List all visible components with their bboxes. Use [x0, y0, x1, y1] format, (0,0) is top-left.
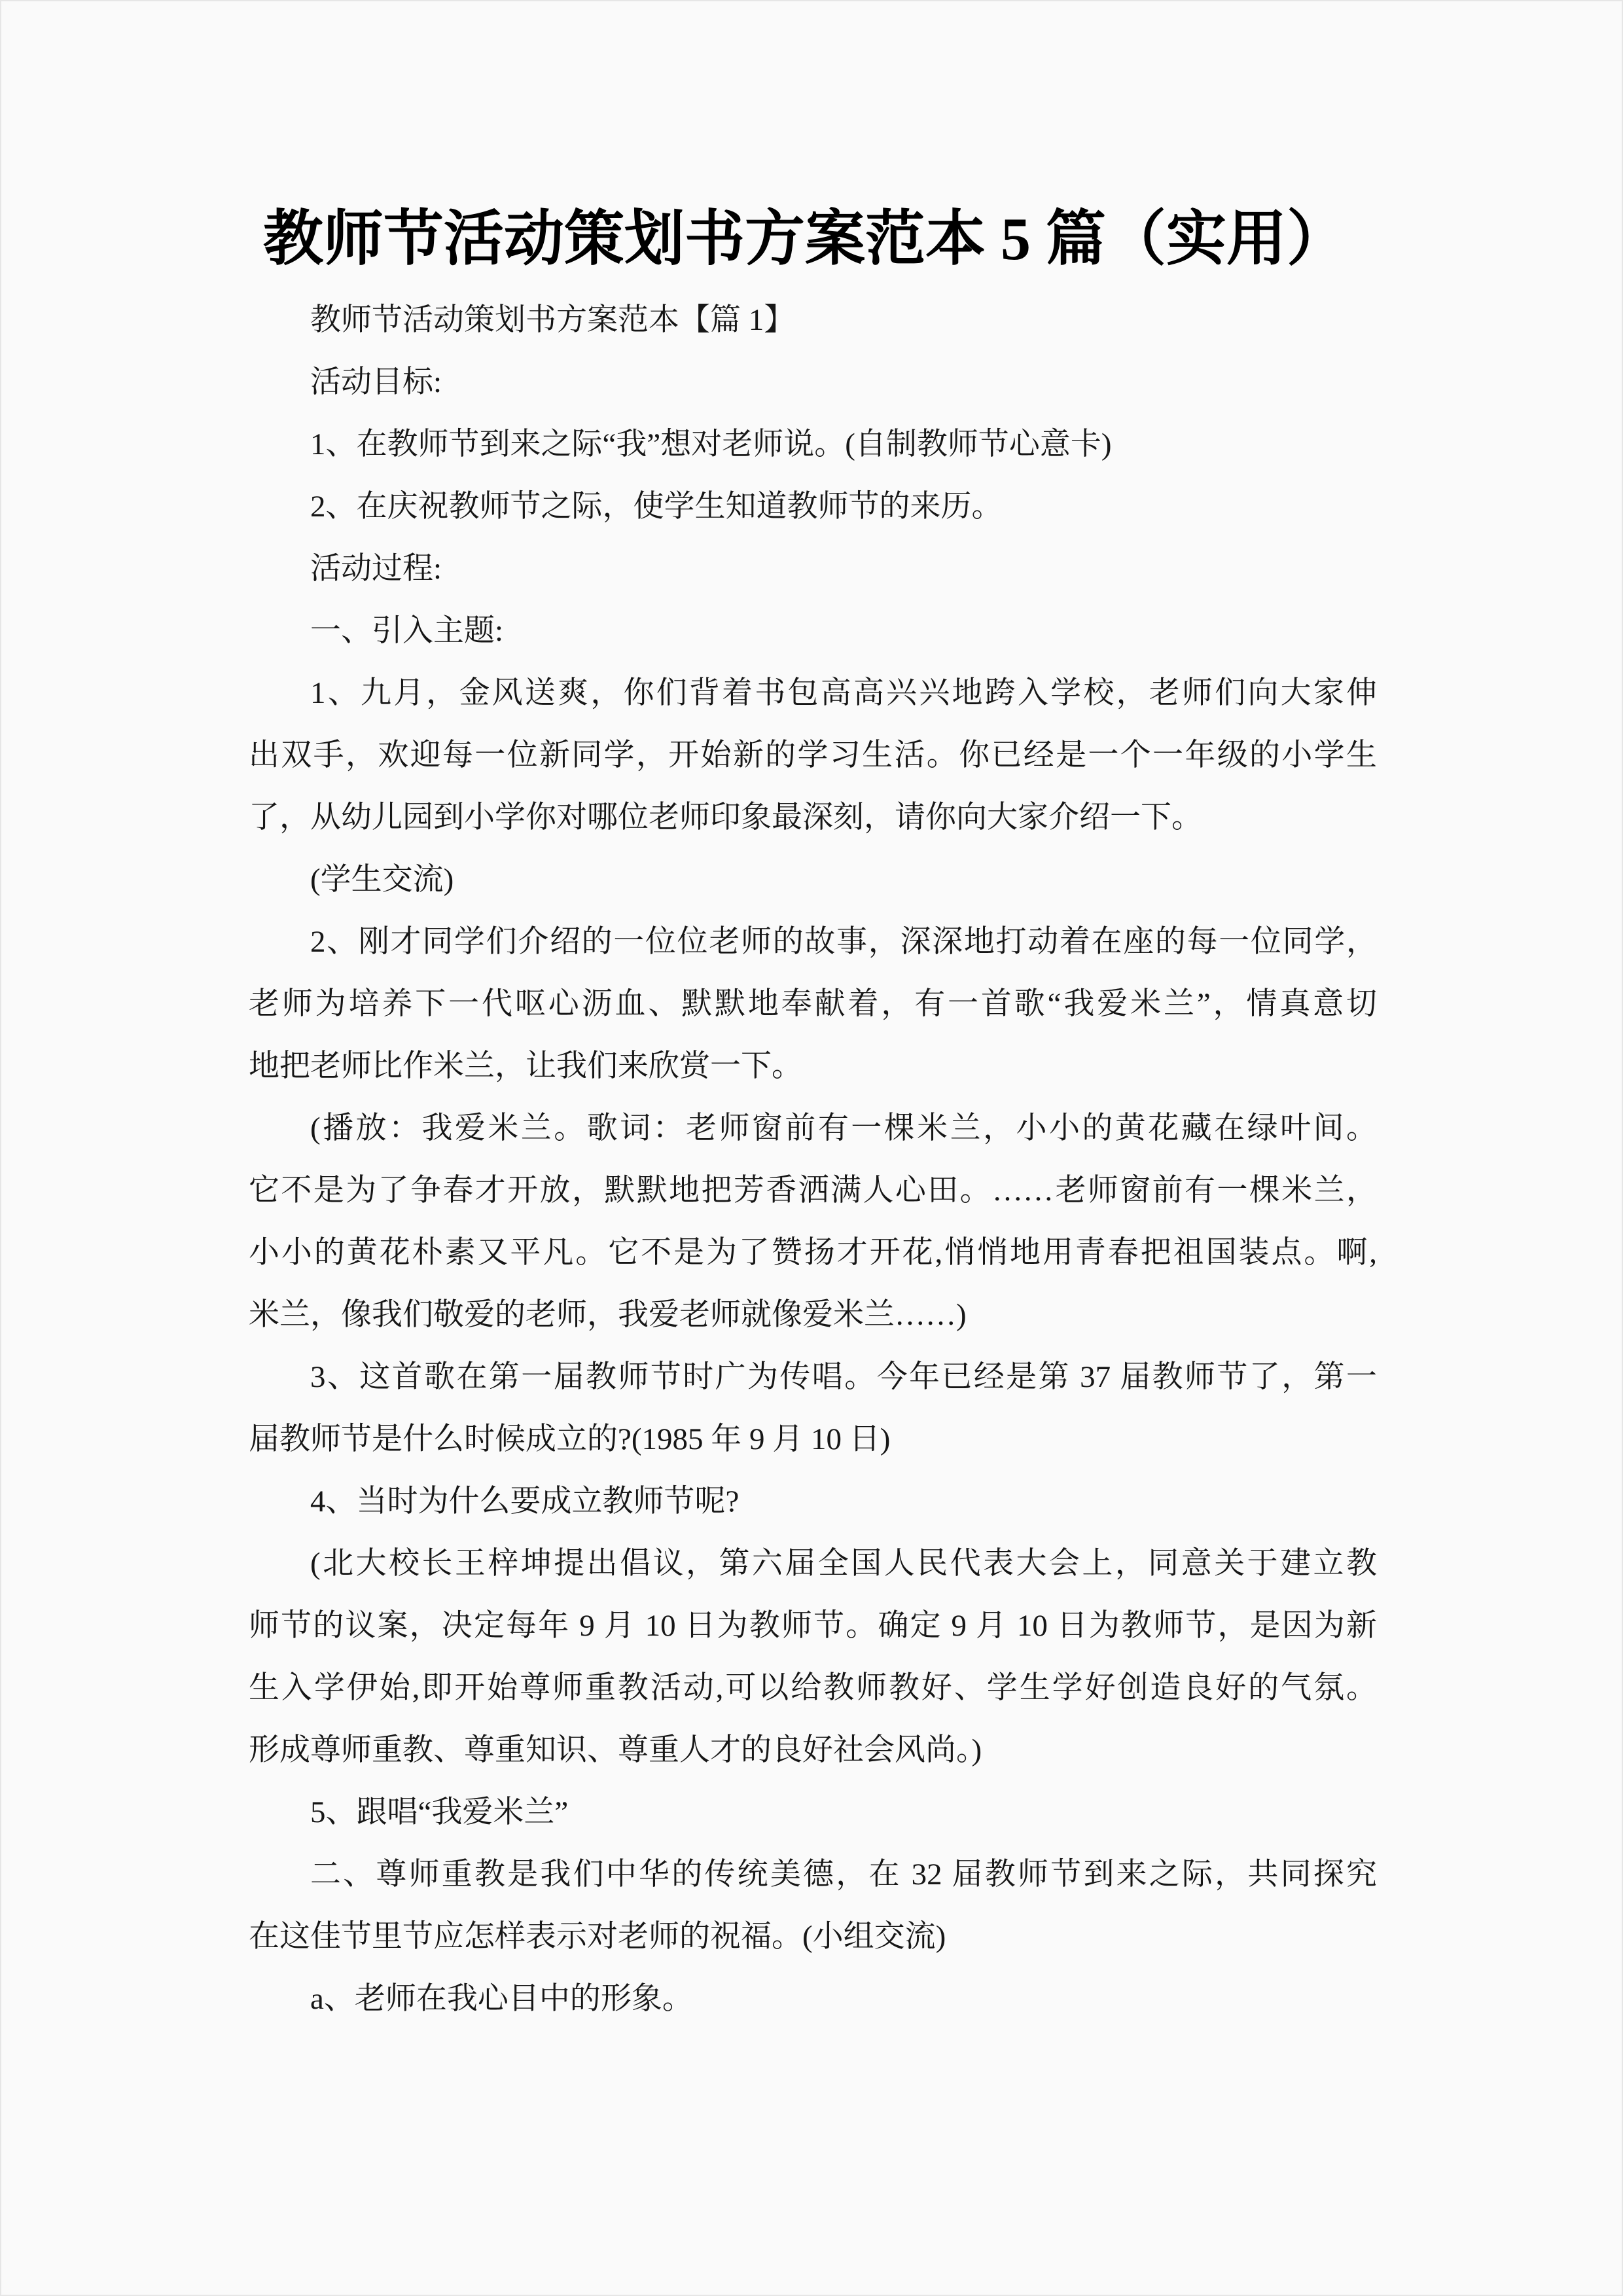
page-title: 教师节活动策划书方案范本 5 篇（实用） — [263, 196, 1374, 281]
text-line: 1、在教师节到来之际“我”想对老师说。(自制教师节心意卡) — [249, 414, 1377, 476]
text-line: 3、这首歌在第一届教师节时广为传唱。今年已经是第 37 届教师节了，第一 — [249, 1346, 1377, 1408]
text-line: (学生交流) — [249, 849, 1377, 911]
text-line: 二、尊师重教是我们中华的传统美德，在 32 届教师节到来之际，共同探究 — [249, 1844, 1377, 1906]
text-line: 5、跟唱“我爱米兰” — [249, 1782, 1377, 1844]
text-line: 1、九月，金风送爽，你们背着书包高高兴兴地跨入学校，老师们向大家伸 — [249, 662, 1377, 725]
text-line: 一、引入主题: — [249, 600, 1377, 662]
document-page: 教师节活动策划书方案范本 5 篇（实用） 教师节活动策划书方案范本【篇 1】活动… — [0, 0, 1623, 2296]
text-line: 活动目标: — [249, 351, 1377, 414]
text-line: 它不是为了争春才开放，默默地把芳香洒满人心田。……老师窗前有一棵米兰， — [249, 1160, 1377, 1222]
text-line: 4、当时为什么要成立教师节呢? — [249, 1471, 1377, 1533]
text-line: 在这佳节里节应怎样表示对老师的祝福。(小组交流) — [249, 1906, 1377, 1968]
text-line: a、老师在我心目中的形象。 — [249, 1968, 1377, 2030]
text-line: (北大校长王梓坤提出倡议，第六届全国人民代表大会上，同意关于建立教 — [249, 1533, 1377, 1595]
text-line: 形成尊师重教、尊重知识、尊重人才的良好社会风尚。) — [249, 1719, 1377, 1782]
text-line: 了，从幼儿园到小学你对哪位老师印象最深刻，请你向大家介绍一下。 — [249, 787, 1377, 849]
text-line: 米兰，像我们敬爱的老师，我爱老师就像爱米兰……) — [249, 1284, 1377, 1346]
text-line: 届教师节是什么时候成立的?(1985 年 9 月 10 日) — [249, 1408, 1377, 1471]
text-line: 小小的黄花朴素又平凡。它不是为了赞扬才开花,悄悄地用青春把祖国装点。啊, — [249, 1222, 1377, 1284]
text-line: 教师节活动策划书方案范本【篇 1】 — [249, 289, 1377, 351]
document-body: 教师节活动策划书方案范本【篇 1】活动目标:1、在教师节到来之际“我”想对老师说… — [249, 289, 1377, 2030]
text-line: 生入学伊始,即开始尊师重教活动,可以给教师教好、学生学好创造良好的气氛。 — [249, 1657, 1377, 1719]
text-line: 活动过程: — [249, 538, 1377, 600]
text-line: 老师为培养下一代呕心沥血、默默地奉献着，有一首歌“我爱米兰”，情真意切 — [249, 973, 1377, 1035]
text-line: 出双手，欢迎每一位新同学，开始新的学习生活。你已经是一个一年级的小学生 — [249, 725, 1377, 787]
text-line: 2、在庆祝教师节之际，使学生知道教师节的来历。 — [249, 476, 1377, 538]
text-line: (播放：我爱米兰。歌词：老师窗前有一棵米兰，小小的黄花藏在绿叶间。 — [249, 1098, 1377, 1160]
text-line: 地把老师比作米兰，让我们来欣赏一下。 — [249, 1035, 1377, 1098]
text-line: 师节的议案，决定每年 9 月 10 日为教师节。确定 9 月 10 日为教师节，… — [249, 1595, 1377, 1657]
text-line: 2、刚才同学们介绍的一位位老师的故事，深深地打动着在座的每一位同学， — [249, 911, 1377, 973]
